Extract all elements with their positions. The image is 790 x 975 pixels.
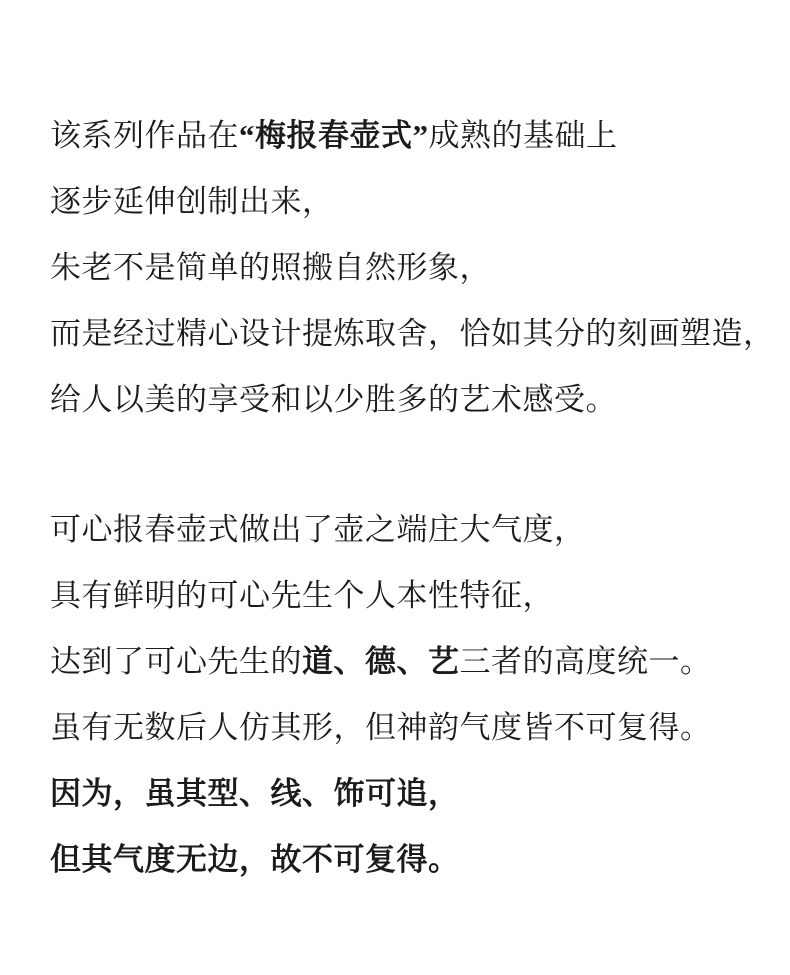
text-segment: 给人以美的享受和以少胜多的艺术感受。 — [50, 382, 617, 417]
text-line: 给人以美的享受和以少胜多的艺术感受。 — [50, 367, 770, 433]
text-segment-bold: “梅报春壶式” — [239, 118, 429, 153]
text-line: 朱老不是简单的照搬自然形象， — [50, 235, 770, 301]
text-segment: 虽有无数后人仿其形，但神韵气度皆不可复得。 — [50, 710, 712, 745]
text-line: 但其气度无边，故不可复得。 — [50, 827, 770, 893]
text-segment-bold: 但其气度无边，故不可复得。 — [50, 842, 460, 877]
text-line: 因为，虽其型、线、饰可追， — [50, 761, 770, 827]
text-segment: 达到了可心先生的 — [50, 644, 302, 679]
text-segment: 朱老不是简单的照搬自然形象， — [50, 250, 491, 285]
text-line: 达到了可心先生的道、德、艺三者的高度统一。 — [50, 629, 770, 695]
text-segment: 可心报春壶式做出了壶之端庄大气度， — [50, 512, 586, 547]
article-body: 该系列作品在“梅报春壶式”成熟的基础上 逐步延伸创制出来， 朱老不是简单的照搬自… — [0, 0, 790, 975]
text-line: 具有鲜明的可心先生个人本性特征， — [50, 563, 770, 629]
text-segment: 成熟的基础上 — [429, 118, 618, 153]
text-line: 该系列作品在“梅报春壶式”成熟的基础上 — [50, 103, 770, 169]
text-line: 而是经过精心设计提炼取舍，恰如其分的刻画塑造， — [50, 301, 770, 367]
paragraph-1: 该系列作品在“梅报春壶式”成熟的基础上 逐步延伸创制出来， 朱老不是简单的照搬自… — [50, 103, 770, 433]
text-line: 逐步延伸创制出来， — [50, 169, 770, 235]
text-line: 虽有无数后人仿其形，但神韵气度皆不可复得。 — [50, 695, 770, 761]
text-segment-bold: 道、德、艺 — [302, 644, 460, 679]
text-line: 可心报春壶式做出了壶之端庄大气度， — [50, 497, 770, 563]
text-segment: 该系列作品在 — [50, 118, 239, 153]
text-segment: 而是经过精心设计提炼取舍，恰如其分的刻画塑造， — [50, 316, 775, 351]
text-segment: 三者的高度统一。 — [460, 644, 712, 679]
text-segment: 逐步延伸创制出来， — [50, 184, 334, 219]
text-segment-bold: 因为，虽其型、线、饰可追， — [50, 776, 460, 811]
text-segment: 具有鲜明的可心先生个人本性特征， — [50, 578, 554, 613]
paragraph-2: 可心报春壶式做出了壶之端庄大气度， 具有鲜明的可心先生个人本性特征， 达到了可心… — [50, 497, 770, 893]
